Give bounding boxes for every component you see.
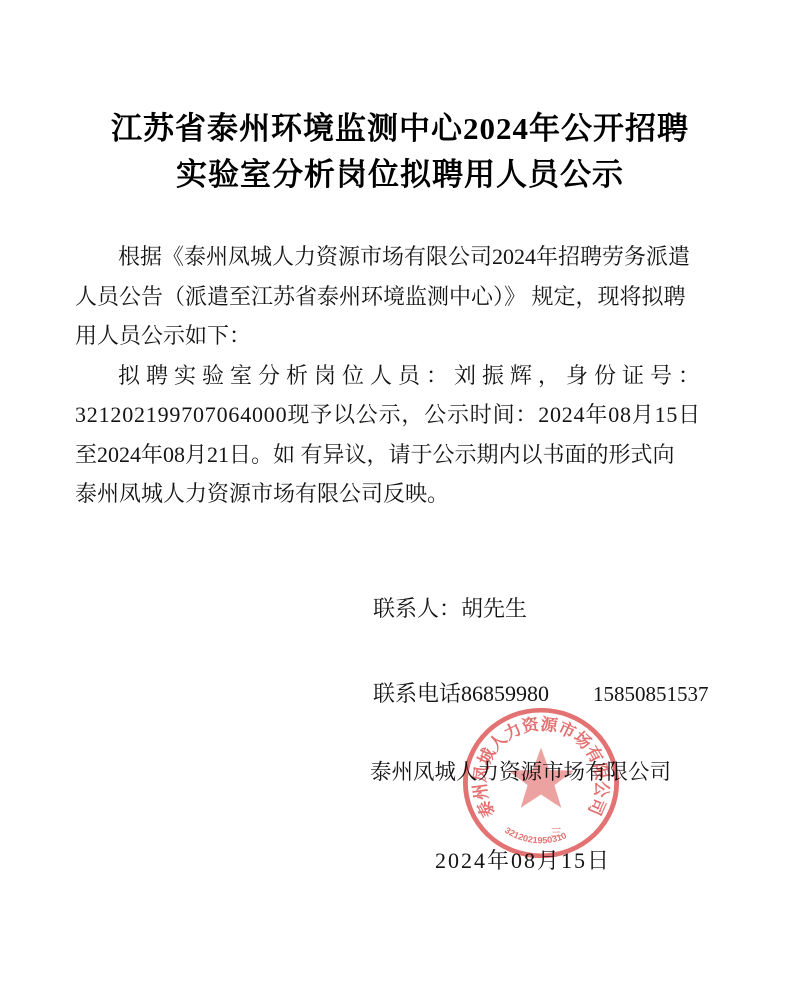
contact-phone-line: 联系电话8685998015850851537 [373,677,709,708]
paragraph-2-line-4: 泰州凤城人力资源市场有限公司反映。 [75,474,715,514]
paragraph-1-line-1: 根据《泰州凤城人力资源市场有限公司2024年招聘劳务派遣 [75,237,715,277]
company-seal: 泰州凤城人力资源市场有限公司 3212021950310 三 [460,705,622,861]
document-title-line-1: 江苏省泰州环境监测中心2024年公开招聘 [0,106,800,152]
paragraph-1-line-3: 用人员公示如下： [75,316,715,356]
announcement-page: 江苏省泰州环境监测中心2024年公开招聘 实验室分析岗位拟聘用人员公示 根据《泰… [0,0,800,1006]
paragraph-1-line-2: 人员公告（派遣至江苏省泰州环境监测中心）》 规定，现将拟聘 [75,277,715,317]
seal-star-icon [508,748,574,808]
paragraph-2-line-3: 至2024年08月21日。如 有异议，请于公示期内以书面的形式向 [75,435,715,475]
document-title: 江苏省泰州环境监测中心2024年公开招聘 实验室分析岗位拟聘用人员公示 [0,106,800,198]
contact-phone: 联系电话86859980 [373,681,549,706]
document-title-line-2: 实验室分析岗位拟聘用人员公示 [0,152,800,198]
company-seal-graphic: 泰州凤城人力资源市场有限公司 3212021950310 三 [460,705,622,861]
body-text: 根据《泰州凤城人力资源市场有限公司2024年招聘劳务派遣 人员公告（派遣至江苏省… [75,237,715,514]
contact-person: 联系人：胡先生 [373,592,527,623]
seal-center-mark: 三 [551,827,562,839]
paragraph-2-line-1: 拟聘实验室分析岗位人员：刘振辉，身份证号： [75,356,715,396]
contact-phone-secondary: 15850851537 [593,682,709,706]
paragraph-2-line-2: 321202199707064000现予以公示，公示时间：2024年08月15日 [75,395,715,435]
